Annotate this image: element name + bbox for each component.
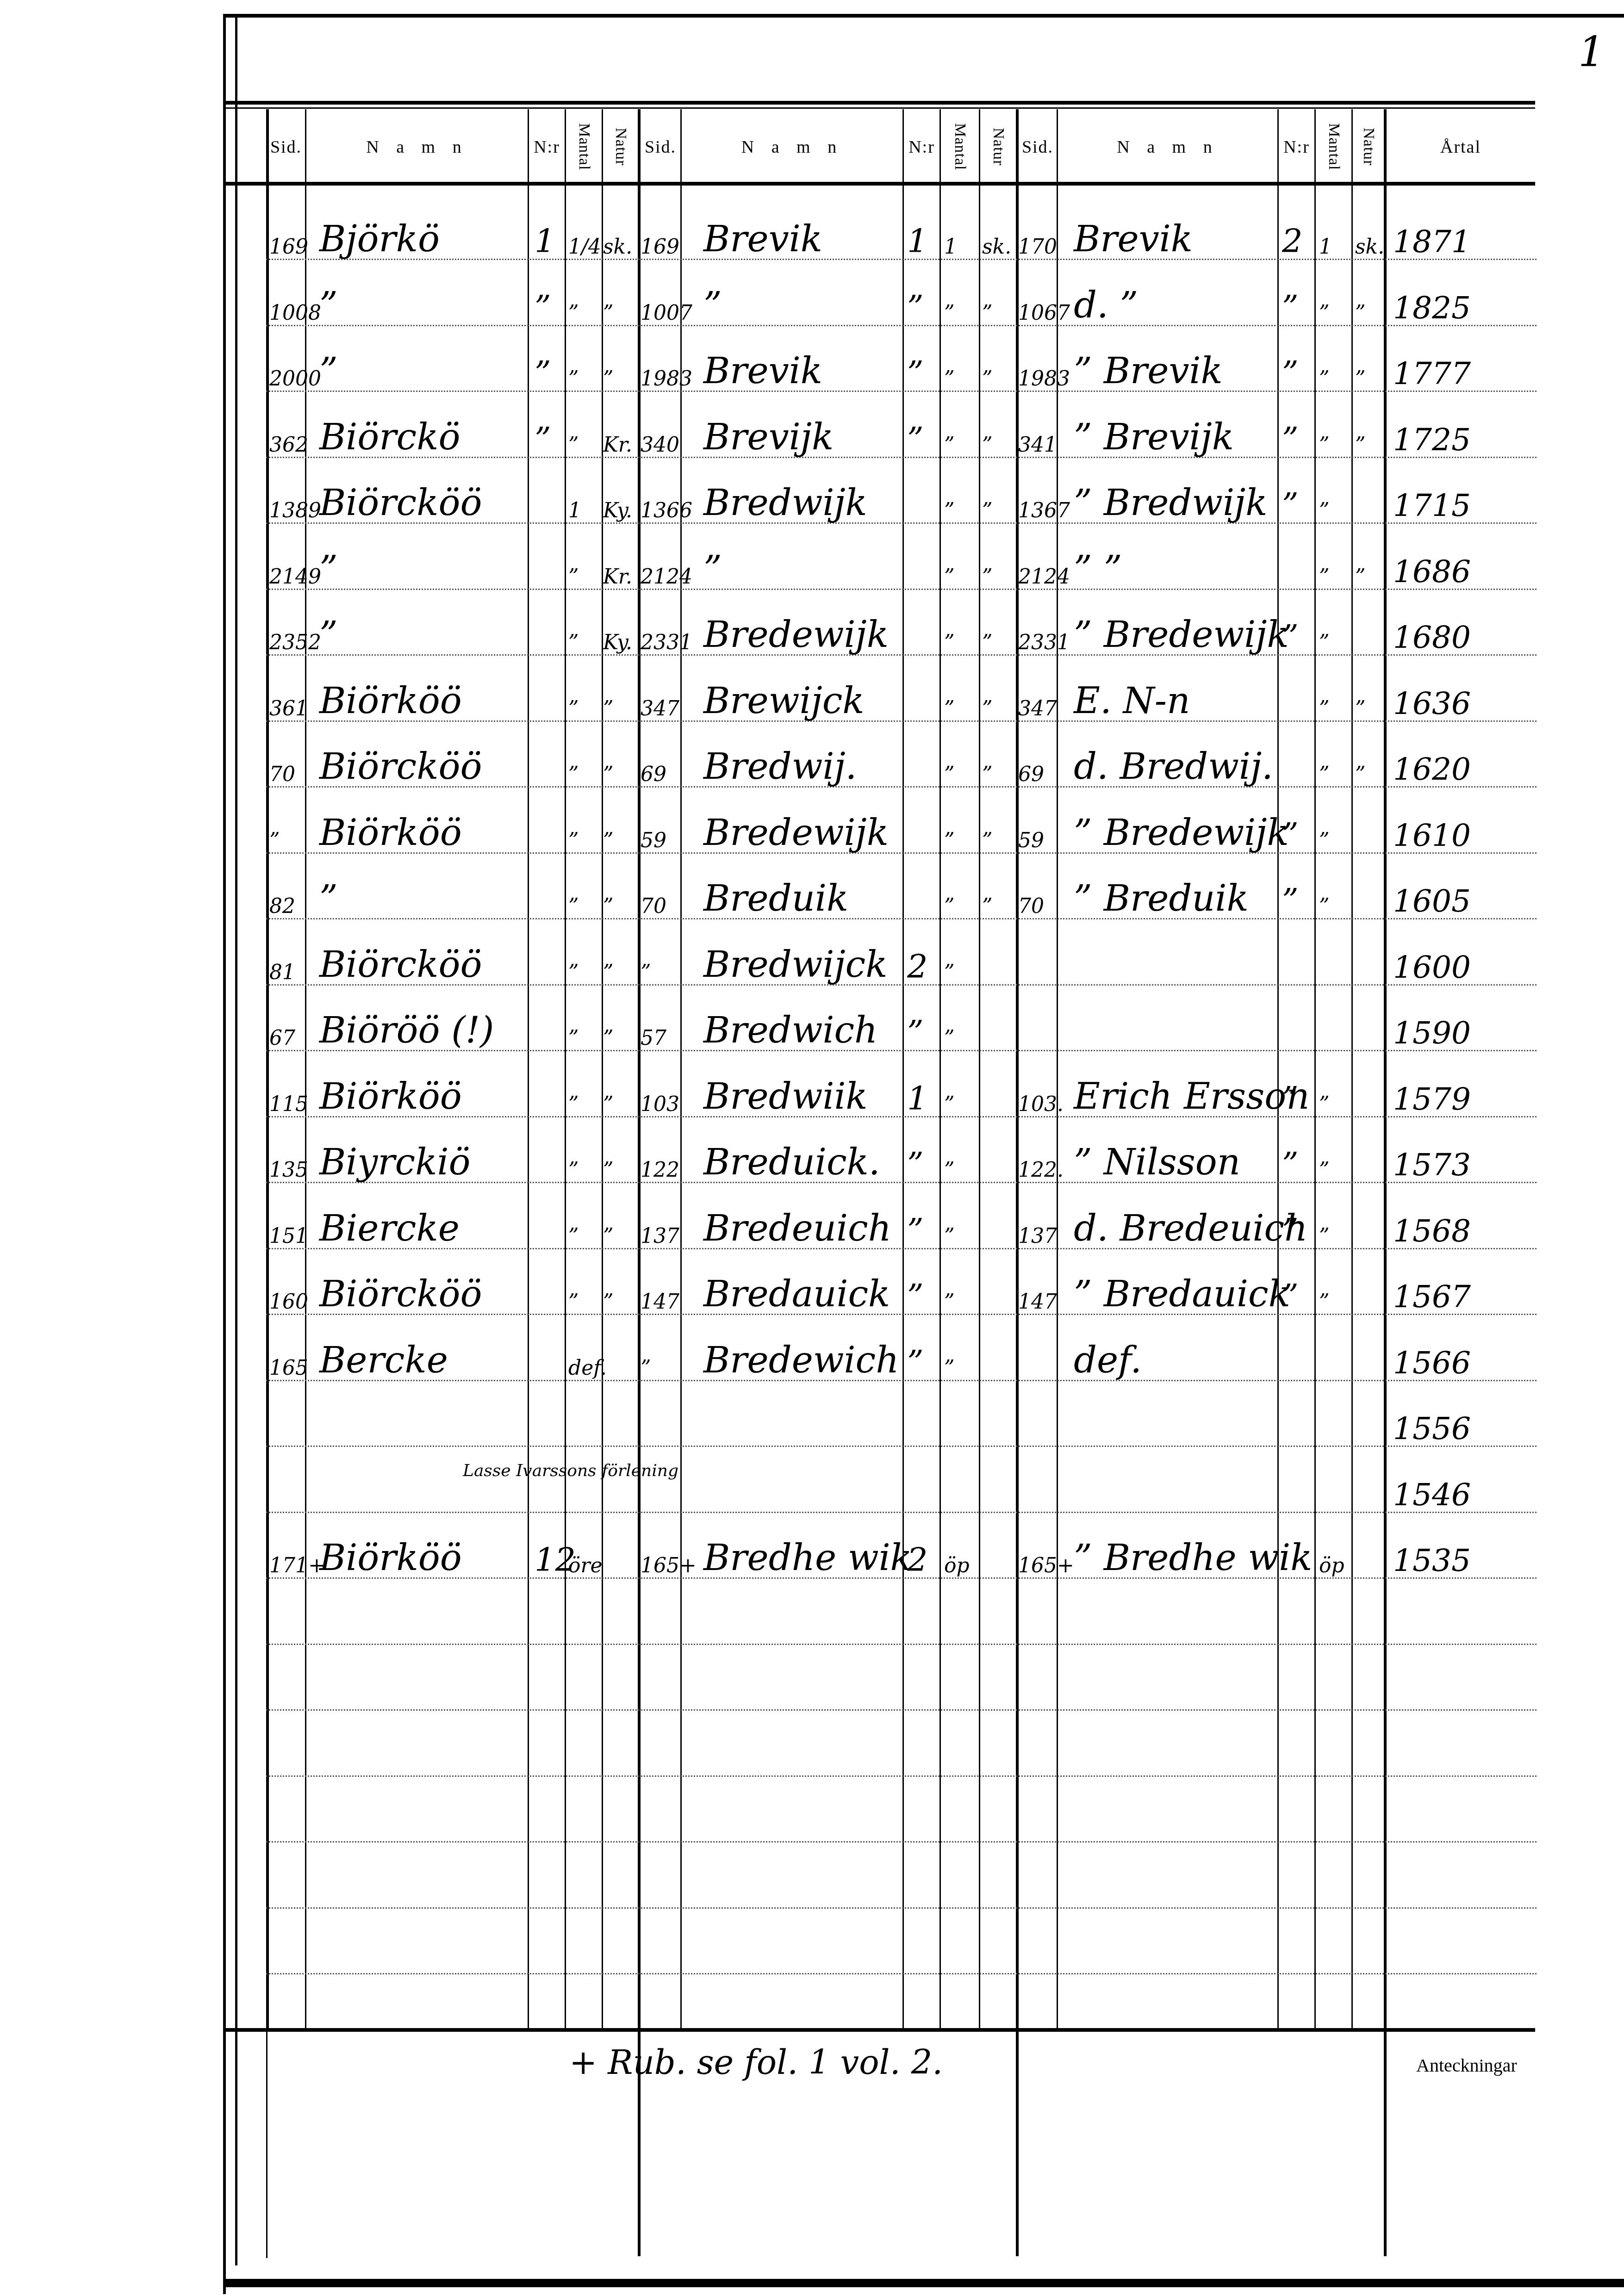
cell-mantal: ” bbox=[568, 1028, 579, 1049]
cell-natur: ” bbox=[982, 896, 993, 917]
cell-sid: 1983 bbox=[641, 369, 692, 389]
cell-nr: 2 bbox=[907, 1544, 928, 1576]
cell-sid: 2124 bbox=[641, 567, 692, 587]
cell-sid: 1008 bbox=[269, 303, 321, 323]
cell-sid: 67 bbox=[269, 1028, 295, 1049]
footer-label-anteckningar: Anteckningar bbox=[1416, 2054, 1517, 2076]
cell-sid: 122 bbox=[641, 1160, 679, 1180]
cell-natur: ” bbox=[603, 699, 614, 719]
cell-year: 1568 bbox=[1393, 1216, 1471, 1247]
cell-mantal: ” bbox=[944, 369, 955, 389]
table-row: 1546Lasse Ivarssons förlening bbox=[0, 1447, 1537, 1513]
cell-namn: Brevik bbox=[703, 221, 822, 257]
cell-namn: Biörköö bbox=[319, 1079, 462, 1115]
cell-namn: Björkö bbox=[319, 221, 440, 257]
cell-mantal: ” bbox=[568, 831, 579, 851]
cell-sid: ” bbox=[641, 1358, 651, 1378]
cell-namn: ” Bredhe wik bbox=[1074, 1540, 1313, 1576]
cell-sid: ” bbox=[641, 962, 651, 983]
table-row: 67Biöröö (!)””57Bredwich””1590 bbox=[0, 986, 1537, 1051]
table-row: 160Biörcköö””147Bredauick””147” Bredauic… bbox=[0, 1249, 1537, 1315]
cell-natur: ” bbox=[603, 303, 614, 323]
header-natur: Natur bbox=[603, 111, 638, 183]
cell-namn: Bredwiik bbox=[703, 1079, 868, 1115]
cell-mantal: ” bbox=[568, 633, 579, 653]
cell-mantal: ” bbox=[944, 1226, 955, 1247]
cell-sid: 160 bbox=[269, 1292, 308, 1312]
cell-mantal: ” bbox=[1319, 567, 1330, 587]
cell-namn: d. Bredeuich bbox=[1074, 1210, 1307, 1247]
page-number: 1 bbox=[1578, 28, 1605, 76]
cell-nr: ” bbox=[1282, 1082, 1299, 1115]
cell-mantal: ” bbox=[568, 1160, 579, 1180]
cell-mantal: ” bbox=[944, 699, 955, 719]
cell-natur: ” bbox=[982, 831, 993, 851]
cell-nr: ” bbox=[907, 1280, 924, 1312]
cell-namn: Biörcköö bbox=[319, 1276, 482, 1312]
header-nr: N:r bbox=[529, 111, 565, 183]
cell-year: 1567 bbox=[1393, 1282, 1471, 1312]
cell-natur: ” bbox=[1355, 567, 1366, 587]
table-row: 1389Biörcköö1Ky.1366Bredwijk””1367” Bred… bbox=[0, 458, 1537, 524]
cell-nr: ” bbox=[907, 357, 924, 389]
cell-natur: ” bbox=[603, 962, 614, 983]
cell-nr: ” bbox=[1282, 1214, 1299, 1247]
cell-natur: ” bbox=[603, 831, 614, 851]
cell-nr: ” bbox=[535, 357, 551, 389]
cell-year: 1686 bbox=[1393, 557, 1471, 587]
cell-sid: 361 bbox=[269, 699, 308, 719]
cell-namn: Brevijk bbox=[703, 419, 834, 455]
cell-mantal: ” bbox=[568, 567, 579, 587]
cell-mantal: ” bbox=[1319, 831, 1330, 851]
cell-nr: ” bbox=[1282, 291, 1299, 323]
header-sid: Sid. bbox=[1019, 111, 1057, 183]
cell-natur: Kr. bbox=[603, 567, 632, 587]
table-row: 169Björkö11/4sk.169Brevik11sk.170Brevik2… bbox=[0, 194, 1537, 260]
header-sid: Sid. bbox=[268, 111, 305, 183]
cell-namn: ” bbox=[319, 617, 338, 653]
cell-mantal: ” bbox=[944, 1094, 955, 1115]
cell-mantal: ” bbox=[568, 303, 579, 323]
cell-natur: ” bbox=[1355, 435, 1366, 455]
cell-namn: ” Breduik bbox=[1074, 881, 1249, 917]
cell-namn: ” Bredewijk bbox=[1074, 617, 1289, 653]
cell-nr: ” bbox=[1282, 884, 1299, 917]
table-row bbox=[0, 1711, 1537, 1777]
cell-sid: 70 bbox=[269, 764, 295, 785]
row-annotation: Lasse Ivarssons förlening bbox=[463, 1461, 678, 1480]
cell-sid: 165 bbox=[269, 1358, 308, 1378]
cell-mantal: ” bbox=[568, 699, 579, 719]
cell-namn: Brevik bbox=[1074, 221, 1193, 257]
cell-sid: 135 bbox=[269, 1160, 308, 1180]
header-namn: N a m n bbox=[1058, 111, 1277, 183]
table-row: 2000””””1983Brevik”””1983” Brevik”””1777 bbox=[0, 326, 1537, 392]
cell-sid: 1389 bbox=[269, 501, 321, 521]
cell-sid: 137 bbox=[1018, 1226, 1057, 1247]
cell-year: 1605 bbox=[1393, 886, 1471, 917]
cell-sid: 165+ bbox=[1018, 1556, 1074, 1576]
cell-nr: ” bbox=[907, 1214, 924, 1247]
cell-sid: 137 bbox=[641, 1226, 679, 1247]
cell-mantal: ” bbox=[568, 1292, 579, 1312]
cell-nr: ” bbox=[535, 291, 551, 323]
cell-nr: ” bbox=[907, 1346, 924, 1378]
table-row bbox=[0, 1909, 1537, 1974]
cell-natur: ” bbox=[1355, 369, 1366, 389]
cell-nr: ” bbox=[907, 1016, 924, 1049]
cell-namn: Biörköö bbox=[319, 683, 462, 719]
cell-mantal: ” bbox=[1319, 1292, 1330, 1312]
cell-namn: ” bbox=[703, 287, 722, 323]
table-row: 151Biercke””137Bredeuich””137d. Bredeuic… bbox=[0, 1184, 1537, 1249]
cell-namn: Breduick. bbox=[703, 1144, 880, 1180]
cell-sid: 1007 bbox=[641, 303, 692, 323]
cell-namn: d. ” bbox=[1074, 287, 1138, 323]
cell-nr: ” bbox=[1282, 357, 1299, 389]
cell-nr: ” bbox=[1282, 1148, 1299, 1180]
cell-sid: 2331 bbox=[641, 633, 692, 653]
cell-namn: ” bbox=[319, 881, 338, 917]
cell-mantal: ” bbox=[1319, 764, 1330, 785]
cell-sid: 1367 bbox=[1018, 501, 1070, 521]
cell-natur: ” bbox=[603, 369, 614, 389]
cell-namn: Bredwich bbox=[703, 1012, 877, 1049]
cell-mantal: ” bbox=[1319, 1094, 1330, 1115]
cell-mantal: ” bbox=[1319, 369, 1330, 389]
cell-mantal: öp bbox=[944, 1556, 970, 1576]
cell-namn: Bredhe wik bbox=[703, 1540, 912, 1576]
cell-mantal: def. bbox=[568, 1358, 607, 1378]
cell-sid: ” bbox=[269, 831, 280, 851]
header-natur: Natur bbox=[980, 111, 1016, 183]
cell-namn: Bredwijck bbox=[703, 947, 888, 983]
cell-namn: Biörköö bbox=[319, 1540, 462, 1576]
cell-year: 1600 bbox=[1393, 952, 1471, 983]
cell-natur: ” bbox=[1355, 303, 1366, 323]
cell-natur: ” bbox=[603, 1160, 614, 1180]
cell-mantal: ” bbox=[568, 764, 579, 785]
cell-natur: ” bbox=[1355, 699, 1366, 719]
frame-bottom-border bbox=[223, 2279, 1624, 2287]
table-row: 115Biörköö””103Bredwiik1”103.Erich Ersso… bbox=[0, 1052, 1537, 1117]
cell-natur: ” bbox=[1355, 764, 1366, 785]
cell-mantal: ” bbox=[944, 567, 955, 587]
cell-namn: Biörcköö bbox=[319, 749, 482, 785]
cell-mantal: ” bbox=[568, 1094, 579, 1115]
cell-sid: 59 bbox=[1018, 831, 1044, 851]
cell-sid: 1983 bbox=[1018, 369, 1070, 389]
cell-namn: ” bbox=[319, 551, 338, 587]
cell-natur: ” bbox=[982, 633, 993, 653]
cell-year: 1579 bbox=[1393, 1084, 1471, 1115]
cell-mantal: 1 bbox=[944, 237, 957, 257]
cell-mantal: ” bbox=[568, 369, 579, 389]
header-top-rule-thin bbox=[223, 107, 1535, 109]
table-row bbox=[0, 1777, 1537, 1843]
cell-mantal: ” bbox=[944, 633, 955, 653]
table-row: 2149””Kr.2124”””2124” ”””1686 bbox=[0, 524, 1537, 590]
cell-mantal: ” bbox=[568, 896, 579, 917]
cell-mantal: ” bbox=[568, 962, 579, 983]
cell-namn: d. Bredwij. bbox=[1074, 749, 1273, 785]
cell-mantal: ” bbox=[1319, 1160, 1330, 1180]
cell-mantal: ” bbox=[944, 764, 955, 785]
table-row: 1556 bbox=[0, 1381, 1537, 1447]
cell-sid: 147 bbox=[1018, 1292, 1057, 1312]
header-mantal: Mantal bbox=[941, 111, 979, 183]
cell-sid: 69 bbox=[1018, 764, 1044, 785]
cell-namn: Biörköö bbox=[319, 815, 462, 851]
cell-sid: 57 bbox=[641, 1028, 666, 1049]
cell-namn: ” Bredwijk bbox=[1074, 485, 1268, 521]
cell-natur: sk. bbox=[603, 237, 632, 257]
cell-natur: ” bbox=[603, 1094, 614, 1115]
header-natur: Natur bbox=[1353, 111, 1384, 183]
table-row: 361Biörköö””347Brewijck””347E. N-n””1636 bbox=[0, 656, 1537, 722]
cell-namn: Bredwijk bbox=[703, 485, 867, 521]
cell-natur: ” bbox=[603, 764, 614, 785]
cell-namn: ” ” bbox=[1074, 551, 1122, 587]
cell-namn: Biercke bbox=[319, 1210, 460, 1247]
cell-sid: 165+ bbox=[641, 1556, 697, 1576]
cell-namn: Bredewich bbox=[703, 1342, 899, 1378]
cell-sid: 1366 bbox=[641, 501, 692, 521]
cell-sid: 122. bbox=[1018, 1160, 1064, 1180]
cell-natur: ” bbox=[982, 435, 993, 455]
cell-nr: ” bbox=[535, 423, 551, 455]
cell-year: 1715 bbox=[1393, 490, 1471, 521]
cell-natur: ” bbox=[603, 1226, 614, 1247]
cell-sid: 115 bbox=[269, 1094, 308, 1115]
cell-mantal: 1 bbox=[568, 501, 581, 521]
cell-sid: 82 bbox=[269, 896, 295, 917]
cell-year: 1556 bbox=[1393, 1414, 1471, 1444]
row-dotted-rule bbox=[266, 1973, 1537, 1974]
cell-namn: ” bbox=[703, 551, 722, 587]
cell-namn: ” bbox=[319, 353, 338, 389]
table-row: 81Biörcköö”””Bredwijck2”1600 bbox=[0, 920, 1537, 986]
cell-namn: def. bbox=[1074, 1342, 1142, 1378]
table-row: ”Biörköö””59Bredewijk””59” Bredewijk””16… bbox=[0, 788, 1537, 854]
cell-namn: Biörcköö bbox=[319, 947, 482, 983]
cell-sid: 2149 bbox=[269, 567, 321, 587]
cell-natur: ” bbox=[603, 896, 614, 917]
cell-nr: ” bbox=[1282, 1280, 1299, 1312]
cell-namn: ” Nilsson bbox=[1074, 1144, 1240, 1180]
cell-mantal: ” bbox=[1319, 435, 1330, 455]
cell-namn: Bredwij. bbox=[703, 749, 857, 785]
cell-sid: 59 bbox=[641, 831, 666, 851]
cell-namn: ” Bredewijk bbox=[1074, 815, 1289, 851]
table-row bbox=[0, 1645, 1537, 1711]
table-row: 165Berckedef.”Bredewich””def.1566 bbox=[0, 1316, 1537, 1381]
cell-natur: Ky. bbox=[603, 633, 632, 653]
cell-natur: sk. bbox=[1355, 237, 1384, 257]
cell-nr: 1 bbox=[907, 1082, 928, 1115]
header-mantal: Mantal bbox=[1316, 111, 1351, 183]
col-line bbox=[266, 2031, 268, 2258]
cell-nr: ” bbox=[907, 291, 924, 323]
table-row: 135Biyrckiö””122Breduick.””122.” Nilsson… bbox=[0, 1117, 1537, 1183]
cell-namn: Biöröö (!) bbox=[319, 1012, 494, 1049]
header-top-rule bbox=[223, 101, 1535, 105]
cell-natur: ” bbox=[603, 1028, 614, 1049]
cell-mantal: ” bbox=[944, 1358, 955, 1378]
cell-mantal: ” bbox=[944, 896, 955, 917]
cell-namn: ” bbox=[319, 287, 338, 323]
cell-natur: ” bbox=[982, 369, 993, 389]
cell-mantal: öp bbox=[1319, 1556, 1344, 1576]
cell-natur: ” bbox=[982, 501, 993, 521]
cell-namn: ” Brevijk bbox=[1074, 419, 1234, 455]
cell-nr: 1 bbox=[907, 225, 928, 257]
cell-sid: 2331 bbox=[1018, 633, 1070, 653]
cell-sid: 70 bbox=[641, 896, 666, 917]
cell-sid: 169 bbox=[269, 237, 308, 257]
cell-namn: Brewijck bbox=[703, 683, 865, 719]
cell-sid: 2124 bbox=[1018, 567, 1070, 587]
cell-sid: 69 bbox=[641, 764, 666, 785]
cell-natur: ” bbox=[982, 567, 993, 587]
cell-namn: Brevik bbox=[703, 353, 822, 389]
table-row: 171+Biörköö12öre165+Bredhe wik2öp165+” B… bbox=[0, 1513, 1537, 1579]
cell-sid: 347 bbox=[641, 699, 679, 719]
table-row: 70Biörcköö””69Bredwij.””69d. Bredwij.””1… bbox=[0, 722, 1537, 788]
cell-mantal: ” bbox=[1319, 896, 1330, 917]
cell-namn: ” Brevik bbox=[1074, 353, 1223, 389]
cell-sid: 81 bbox=[269, 962, 295, 983]
cell-nr: ” bbox=[907, 423, 924, 455]
cell-namn: ” Bredauick bbox=[1074, 1276, 1290, 1312]
cell-mantal: ” bbox=[568, 1226, 579, 1247]
table-row bbox=[0, 1579, 1537, 1645]
cell-sid: 103. bbox=[1018, 1094, 1064, 1115]
cell-natur: ” bbox=[982, 764, 993, 785]
cell-year: 1566 bbox=[1393, 1348, 1471, 1378]
cell-mantal: ” bbox=[1319, 633, 1330, 653]
cell-year: 1546 bbox=[1393, 1480, 1471, 1510]
cell-natur: ” bbox=[982, 699, 993, 719]
cell-year: 1535 bbox=[1393, 1545, 1471, 1576]
cell-sid: 103 bbox=[641, 1094, 679, 1115]
cell-sid: 341 bbox=[1018, 435, 1057, 455]
cell-namn: Erich Ersson bbox=[1074, 1079, 1309, 1115]
cell-sid: 151 bbox=[269, 1226, 308, 1247]
cell-namn: Bredewijk bbox=[703, 815, 889, 851]
cell-natur: Ky. bbox=[603, 501, 632, 521]
cell-mantal: ” bbox=[944, 1028, 955, 1049]
cell-sid: 347 bbox=[1018, 699, 1057, 719]
cell-mantal: ” bbox=[944, 1292, 955, 1312]
cell-sid: 2352 bbox=[269, 633, 321, 653]
cell-mantal: öre bbox=[568, 1556, 603, 1576]
cell-year: 1590 bbox=[1393, 1018, 1471, 1049]
cell-namn: E. N-n bbox=[1074, 683, 1190, 719]
cell-namn: Bredeuich bbox=[703, 1210, 891, 1247]
cell-mantal: ” bbox=[944, 831, 955, 851]
cell-sid: 170 bbox=[1018, 237, 1057, 257]
cell-year: 1725 bbox=[1393, 425, 1471, 455]
cell-year: 1620 bbox=[1393, 754, 1471, 785]
cell-mantal: ” bbox=[944, 962, 955, 983]
header-namn: N a m n bbox=[306, 111, 528, 183]
header-nr: N:r bbox=[1279, 111, 1314, 183]
cell-natur: ” bbox=[982, 303, 993, 323]
cell-year: 1610 bbox=[1393, 820, 1471, 851]
header-artal: Årtal bbox=[1387, 111, 1535, 183]
cell-mantal: ” bbox=[1319, 303, 1330, 323]
header-namn: N a m n bbox=[682, 111, 902, 183]
cell-natur: sk. bbox=[982, 237, 1011, 257]
cell-year: 1825 bbox=[1393, 293, 1471, 323]
cell-natur: Kr. bbox=[603, 435, 632, 455]
cell-year: 1680 bbox=[1393, 622, 1471, 653]
header-mantal: Mantal bbox=[566, 111, 602, 183]
table-bottom-rule bbox=[223, 2028, 1535, 2032]
cell-nr: 2 bbox=[1282, 225, 1303, 257]
cell-sid: 1067 bbox=[1018, 303, 1070, 323]
cell-mantal: ” bbox=[944, 435, 955, 455]
header-nr: N:r bbox=[904, 111, 940, 183]
cell-mantal: ” bbox=[1319, 1226, 1330, 1247]
cell-namn: Bredauick bbox=[703, 1276, 890, 1312]
cell-year: 1636 bbox=[1393, 689, 1471, 719]
cell-nr: ” bbox=[907, 1148, 924, 1180]
cell-mantal: ” bbox=[1319, 699, 1330, 719]
cell-sid: 147 bbox=[641, 1292, 679, 1312]
cell-mantal: ” bbox=[1319, 501, 1330, 521]
cell-sid: 362 bbox=[269, 435, 308, 455]
cell-year: 1777 bbox=[1393, 359, 1471, 389]
cell-nr: 1 bbox=[535, 225, 555, 257]
footer-note: + Rub. se fol. 1 vol. 2. bbox=[569, 2043, 943, 2082]
cell-sid: 70 bbox=[1018, 896, 1044, 917]
table-row: 2352””Ky.2331Bredewijk””2331” Bredewijk”… bbox=[0, 590, 1537, 656]
cell-sid: 169 bbox=[641, 237, 679, 257]
table-row: 82”””70Breduik””70” Breduik””1605 bbox=[0, 854, 1537, 919]
cell-nr: ” bbox=[1282, 489, 1299, 521]
cell-namn: Biörckö bbox=[319, 419, 460, 455]
cell-nr: ” bbox=[1282, 423, 1299, 455]
table-row bbox=[0, 1843, 1537, 1909]
cell-year: 1871 bbox=[1393, 227, 1471, 257]
cell-mantal: ” bbox=[568, 435, 579, 455]
cell-namn: Bercke bbox=[319, 1342, 448, 1378]
cell-mantal: ” bbox=[944, 501, 955, 521]
cell-mantal: ” bbox=[944, 1160, 955, 1180]
cell-sid: 340 bbox=[641, 435, 679, 455]
table-row: 1008””””1007””””1067d. ””””1825 bbox=[0, 261, 1537, 326]
cell-mantal: ” bbox=[944, 303, 955, 323]
cell-natur: ” bbox=[603, 1292, 614, 1312]
table-row: 362Biörckö””Kr.340Brevijk”””341” Brevijk… bbox=[0, 392, 1537, 458]
cell-nr: ” bbox=[1282, 819, 1299, 851]
header-sid: Sid. bbox=[641, 111, 680, 183]
cell-sid: 2000 bbox=[269, 369, 321, 389]
cell-sid: 171+ bbox=[269, 1556, 325, 1576]
cell-year: 1573 bbox=[1393, 1150, 1471, 1180]
cell-mantal: 1 bbox=[1319, 237, 1332, 257]
cell-namn: Biörcköö bbox=[319, 485, 482, 521]
cell-nr: ” bbox=[1282, 621, 1299, 653]
cell-namn: Biyrckiö bbox=[319, 1144, 470, 1180]
cell-nr: 2 bbox=[907, 950, 928, 983]
cell-namn: Bredewijk bbox=[703, 617, 889, 653]
cell-mantal: 1/4 bbox=[568, 237, 601, 257]
cell-namn: Breduik bbox=[703, 881, 848, 917]
